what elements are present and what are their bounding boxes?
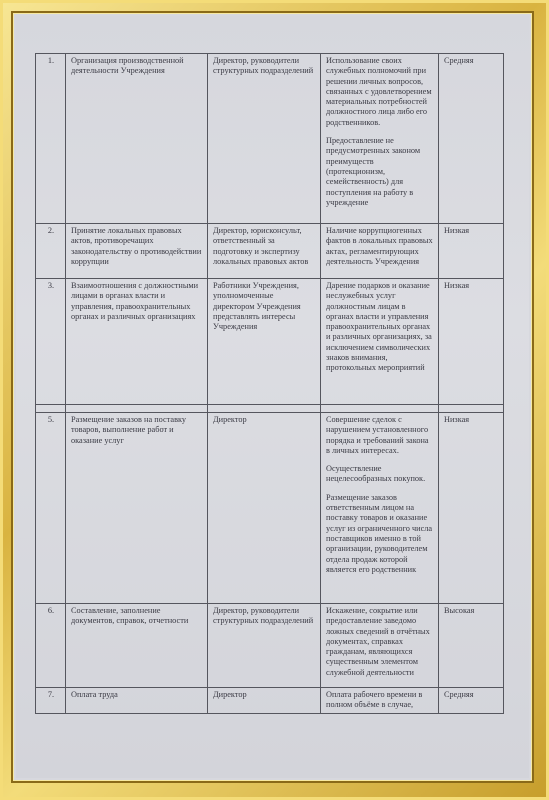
- risk-level-cell: Высокая: [439, 604, 504, 688]
- table-row: 6.Составление, заполнение документов, сп…: [36, 604, 504, 688]
- risk-level-cell: Низкая: [439, 279, 504, 405]
- risk-description-cell: Дарение подарков и оказание неслужебных …: [321, 279, 439, 405]
- risk-level-cell: Средняя: [439, 54, 504, 224]
- row-number-cell: 6.: [36, 604, 66, 688]
- function-cell: Принятие локальных правовых актов, проти…: [66, 224, 208, 279]
- function-cell: Размещение заказов на поставку товаров, …: [66, 413, 208, 604]
- risk-level-cell: Низкая: [439, 224, 504, 279]
- risk-description-cell: [321, 405, 439, 413]
- risk-level-cell: [439, 405, 504, 413]
- risk-level-cell: Низкая: [439, 413, 504, 604]
- function-cell: Взаимоотношения с должностными лицами в …: [66, 279, 208, 405]
- risk-paragraph: Использование своих служебных полномочий…: [326, 56, 434, 128]
- risk-description-cell: Использование своих служебных полномочий…: [321, 54, 439, 224]
- row-number-cell: 1.: [36, 54, 66, 224]
- table-row: 2.Принятие локальных правовых актов, про…: [36, 224, 504, 279]
- risk-paragraph: Размещение заказов ответственным лицом н…: [326, 493, 434, 575]
- function-cell: Составление, заполнение документов, спра…: [66, 604, 208, 688]
- table-row: 1.Организация производственной деятельно…: [36, 54, 504, 224]
- risk-paragraph: Искажение, сокрытие или предоставление з…: [326, 606, 434, 678]
- corruption-risk-table: 1.Организация производственной деятельно…: [35, 53, 504, 714]
- risk-description-cell: Совершение сделок с нарушением установле…: [321, 413, 439, 604]
- row-number-cell: 7.: [36, 688, 66, 714]
- table-row: 7.Оплата трудаДиректорОплата рабочего вр…: [36, 688, 504, 714]
- risk-paragraph: Осуществление нецелесообразных покупок.: [326, 464, 434, 485]
- function-cell: Оплата труда: [66, 688, 208, 714]
- row-number-cell: [36, 405, 66, 413]
- risk-description-cell: Искажение, сокрытие или предоставление з…: [321, 604, 439, 688]
- positions-cell: Директор, юрисконсульт, ответственный за…: [208, 224, 321, 279]
- positions-cell: Работники Учреждения, уполномоченные дир…: [208, 279, 321, 405]
- positions-cell: Директор: [208, 688, 321, 714]
- positions-cell: [208, 405, 321, 413]
- risk-paragraph: Оплата рабочего времени в полном объёме …: [326, 690, 434, 711]
- table-row: 3.Взаимоотношения с должностными лицами …: [36, 279, 504, 405]
- risk-table-body: 1.Организация производственной деятельно…: [36, 54, 504, 714]
- risk-description-cell: Наличие коррупциогенных фактов в локальн…: [321, 224, 439, 279]
- table-row-empty: [36, 405, 504, 413]
- row-number-cell: 5.: [36, 413, 66, 604]
- risk-paragraph: Предоставление не предусмотренных законо…: [326, 136, 434, 208]
- risk-paragraph: Наличие коррупциогенных фактов в локальн…: [326, 226, 434, 267]
- positions-cell: Директор: [208, 413, 321, 604]
- function-cell: Организация производственной деятельност…: [66, 54, 208, 224]
- row-number-cell: 3.: [36, 279, 66, 405]
- row-number-cell: 2.: [36, 224, 66, 279]
- risk-description-cell: Оплата рабочего времени в полном объёме …: [321, 688, 439, 714]
- risk-paragraph: Дарение подарков и оказание неслужебных …: [326, 281, 434, 374]
- risk-paragraph: Совершение сделок с нарушением установле…: [326, 415, 434, 456]
- risk-level-cell: Средняя: [439, 688, 504, 714]
- function-cell: [66, 405, 208, 413]
- table-row: 5.Размещение заказов на поставку товаров…: [36, 413, 504, 604]
- positions-cell: Директор, руководители структурных подра…: [208, 604, 321, 688]
- positions-cell: Директор, руководители структурных подра…: [208, 54, 321, 224]
